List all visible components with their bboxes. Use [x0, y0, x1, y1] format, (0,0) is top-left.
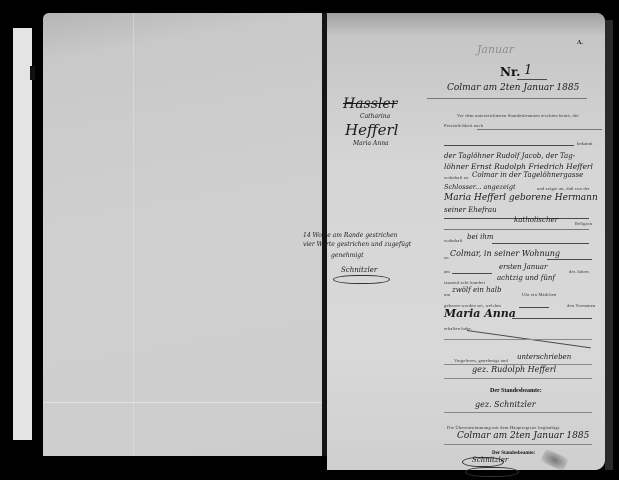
vorgelesen-value: unterschrieben — [517, 353, 571, 361]
form-uhr-label: Uhr ein Mädchen — [522, 292, 557, 297]
form-vornamen-label: den Vornamen — [567, 303, 595, 308]
form-tausend-label: tausend acht hundert — [444, 280, 485, 285]
margin-annotation-line-2: vier Worte gestrichen und zugefügt — [303, 241, 411, 248]
birth-time-value: zwölf ein halb — [452, 286, 501, 294]
margin-surname: Hefferl — [345, 121, 398, 139]
form-religion-label: Religion — [575, 221, 592, 226]
mother-relation: seiner Ehefrau — [444, 206, 497, 214]
film-edge-notch — [30, 66, 35, 80]
ink-smudge — [540, 448, 569, 471]
margin-annotation-line-1: 14 Worte am Rande gestrichen — [303, 232, 398, 239]
final-signature: Schnitzler — [472, 456, 508, 464]
scan-line-artifact — [43, 402, 323, 403]
mother-name: Maria Hefferl geborene Hermann — [444, 193, 598, 203]
entry-number-label: Nr. — [500, 65, 520, 79]
certification-text: Die Übereinstimmung mit dem Hauptregiste… — [447, 425, 561, 430]
form-wohnhaft-label-2: wohnhaft — [444, 238, 463, 243]
mother-residence-value: bei ihm — [467, 233, 493, 241]
margin-given-names: Maria Anna — [353, 140, 389, 147]
informant-line-1: der Taglöhner Rudolf Jacob, der Tag- — [444, 152, 575, 160]
form-des-jahres-label: des Jahres — [569, 269, 589, 274]
form-um-label: um — [444, 292, 450, 297]
form-persoenlichkeit-text: Persönlichkeit nach — [444, 123, 483, 128]
entry-number: 1 — [524, 63, 532, 78]
form-bekannt-text: bekannt — [577, 141, 593, 146]
birth-year-value: achtzig und fünf — [497, 274, 555, 282]
certification-place-date: Colmar am 2ten Januar 1885 — [457, 431, 589, 441]
margin-name-small: Catharina — [360, 113, 390, 120]
form-wohnhaft-label: wohnhaft zu — [444, 175, 469, 180]
birth-day-value: ersten Januar — [499, 263, 547, 271]
informant-signature: gez. Rudolph Hefferl — [472, 365, 556, 374]
margin-annotation-line-3: genehmigt — [331, 252, 364, 259]
child-given-names: Maria Anna — [444, 307, 516, 320]
occupation-value: Schlosser... angezeigt — [444, 183, 516, 191]
faded-bleedthrough-text: Januar — [477, 43, 514, 56]
margin-name-struck: Hassler — [343, 96, 397, 112]
informant-line-2: löhner Ernst Rudolph Friedrich Hefferl — [444, 162, 593, 171]
form-zeigte-an-text: und zeigte an, daß von der — [537, 186, 590, 191]
registrar-signature: gez. Schnitzler — [475, 400, 536, 409]
final-signature-flourish-2 — [465, 467, 519, 477]
page-crease — [133, 13, 134, 456]
form-vorgelesen-label: Vorgelesen, genehmigt und — [454, 358, 508, 363]
film-edge-strip — [13, 28, 32, 440]
religion-value: katholischer — [514, 216, 558, 224]
registrar-heading: Der Standesbeamte: — [490, 388, 542, 394]
margin-annotation-signature: Schnitzler — [341, 266, 377, 274]
place-date-line: Colmar am 2ten Januar 1885 — [447, 83, 579, 93]
margin-signature-flourish — [333, 275, 390, 284]
form-intro-text: Vor dem unterzeichneten Standesbeamten e… — [457, 113, 579, 118]
form-zu-label: zu — [444, 255, 449, 260]
residence-value: Colmar in der Tagelöhnergasse — [472, 171, 583, 179]
page-marker: A. — [577, 40, 583, 46]
left-page — [43, 13, 323, 456]
form-am-label: am — [444, 269, 450, 274]
page-edge-shadow — [605, 20, 613, 470]
birthplace-value: Colmar, in seiner Wohnung — [450, 249, 560, 258]
